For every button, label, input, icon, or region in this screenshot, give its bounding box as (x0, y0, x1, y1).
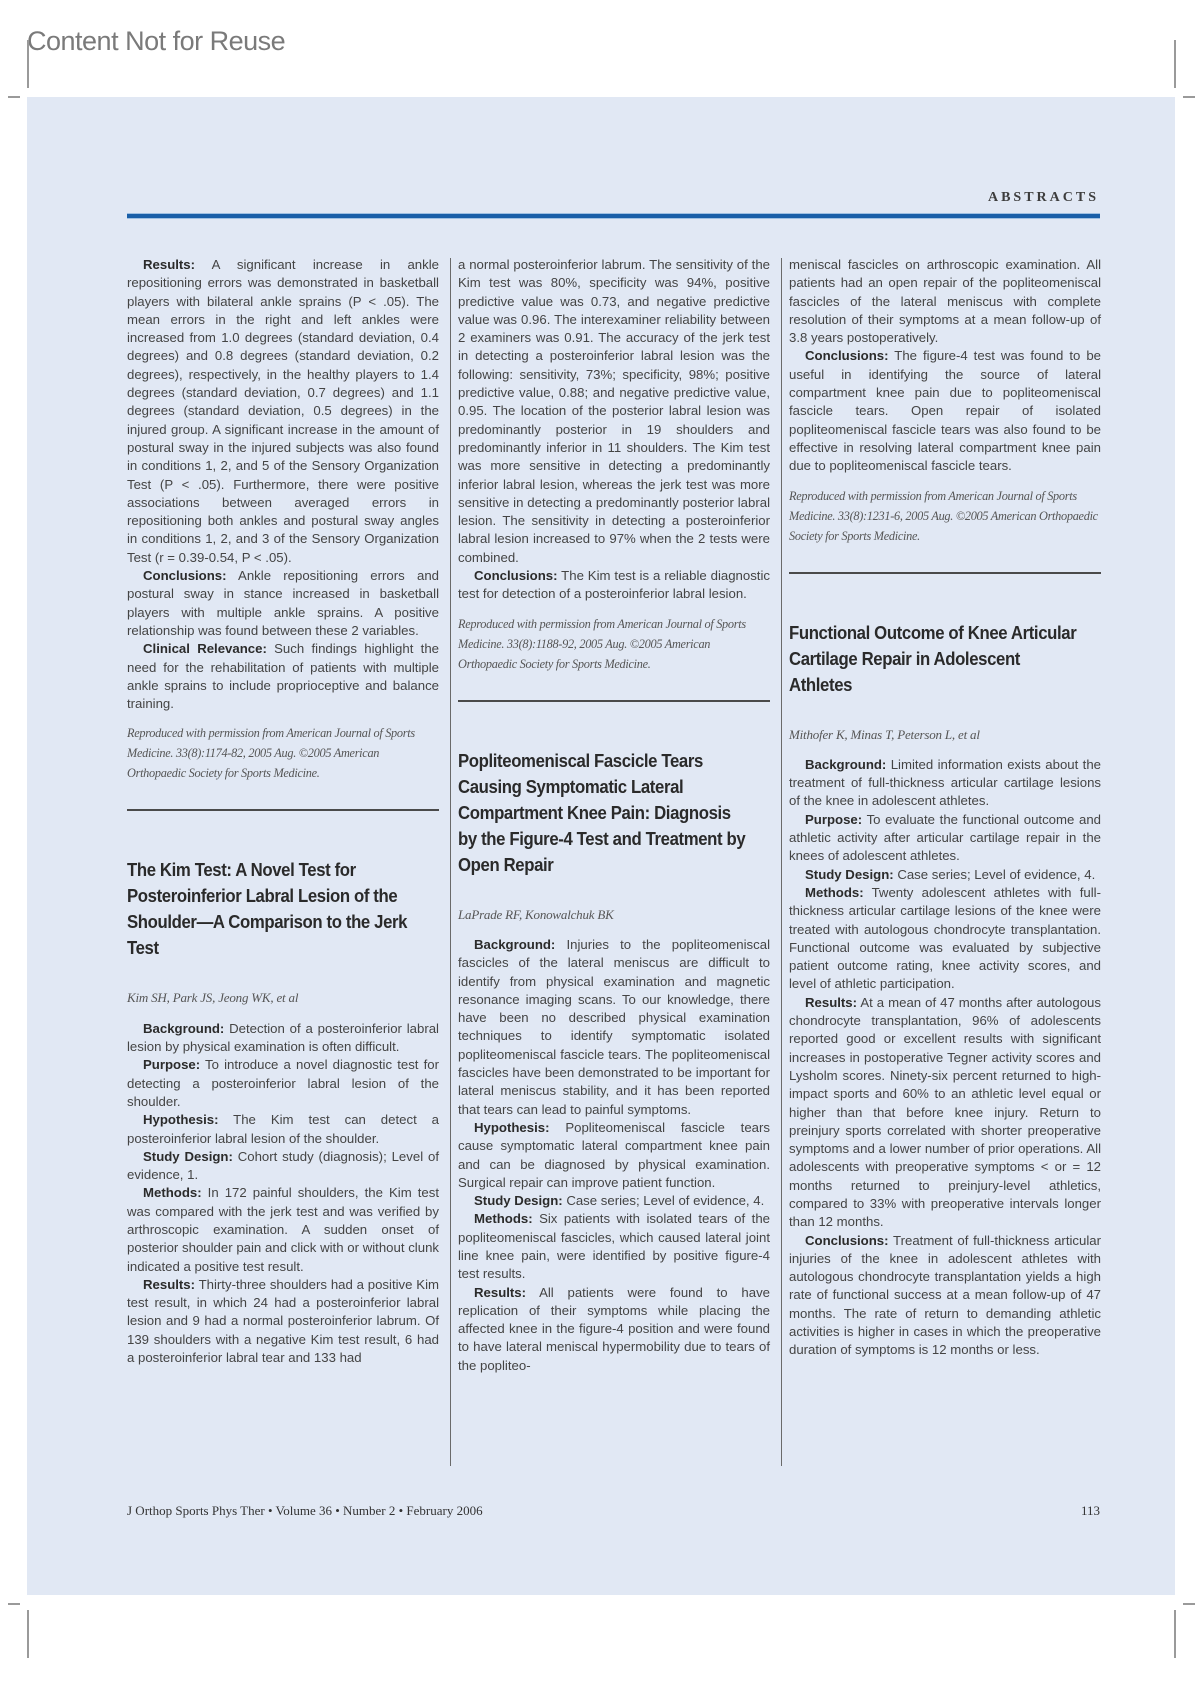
abstract-paragraph: Conclusions: The Kim test is a reliable … (458, 567, 770, 604)
abstract-paragraph: Study Design: Case series; Level of evid… (789, 866, 1101, 884)
abstract-paragraph: Study Design: Case series; Level of evid… (458, 1192, 770, 1210)
column-divider-2 (781, 258, 782, 1466)
abstract-paragraph: Methods: Six patients with isolated tear… (458, 1210, 770, 1283)
crop-mark-top-left-h (8, 96, 20, 98)
abstract-paragraph: Hypothesis: The Kim test can detect a po… (127, 1111, 439, 1148)
reproduction-notice: Reproduced with permission from American… (789, 486, 1101, 546)
abstract-paragraph: Results: Thirty-three shoulders had a po… (127, 1276, 439, 1367)
abstract-paragraph: Background: Injuries to the popliteomeni… (458, 936, 770, 1119)
abstract-paragraph: Purpose: To introduce a novel diagnostic… (127, 1056, 439, 1111)
reproduction-notice: Reproduced with permission from American… (127, 723, 439, 783)
abstract-paragraph: Background: Detection of a posteroinferi… (127, 1020, 439, 1057)
abstract-paragraph: Study Design: Cohort study (diagnosis); … (127, 1148, 439, 1185)
column-divider-1 (450, 258, 451, 1466)
abstract-paragraph: Conclusions: Treatment of full-thickness… (789, 1232, 1101, 1360)
crop-mark-bottom-right-h (1183, 1603, 1195, 1605)
abstract-paragraph: Conclusions: The figure-4 test was found… (789, 347, 1101, 475)
section-header: ABSTRACTS (988, 190, 1099, 206)
abstract-paragraph-continued: meniscal fascicles on arthroscopic exami… (789, 256, 1101, 347)
abstract-paragraph: Methods: In 172 painful shoulders, the K… (127, 1184, 439, 1275)
watermark: Content Not for Reuse (27, 26, 285, 57)
journal-citation: J Orthop Sports Phys Ther • Volume 36 • … (127, 1503, 483, 1519)
abstract-paragraph: Background: Limited information exists a… (789, 756, 1101, 811)
reproduction-notice: Reproduced with permission from American… (458, 614, 770, 674)
article-authors: LaPrade RF, Konowalchuk BK (458, 906, 770, 924)
abstract-paragraph: Purpose: To evaluate the functional outc… (789, 811, 1101, 866)
abstract-paragraph: Results: A significant increase in ankle… (127, 256, 439, 567)
article-title: Functional Outcome of Knee Articular Car… (789, 620, 1079, 698)
article-title: The Kim Test: A Novel Test for Posteroin… (127, 857, 417, 961)
abstract-paragraph: Hypothesis: Popliteomeniscal fascicle te… (458, 1119, 770, 1192)
abstract-paragraph: Methods: Twenty adolescent athletes with… (789, 884, 1101, 994)
crop-mark-bottom-left-h (8, 1603, 20, 1605)
article-authors: Mithofer K, Minas T, Peterson L, et al (789, 726, 1101, 744)
crop-mark-top-right-v (1174, 40, 1176, 88)
column-1: Results: A significant increase in ankle… (127, 256, 439, 1367)
crop-mark-bottom-right-v (1174, 1610, 1176, 1658)
crop-mark-top-right-h (1183, 96, 1195, 98)
abstract-paragraph: Results: All patients were found to have… (458, 1284, 770, 1375)
abstract-paragraph: Clinical Relevance: Such findings highli… (127, 640, 439, 713)
abstract-paragraph: Results: At a mean of 47 months after au… (789, 994, 1101, 1232)
article-separator (789, 572, 1101, 574)
column-2: a normal posteroinferior labrum. The sen… (458, 256, 770, 1375)
article-separator (127, 809, 439, 811)
header-rule (127, 213, 1100, 219)
abstract-paragraph: Conclusions: Ankle repositioning errors … (127, 567, 439, 640)
crop-mark-top-left-v (27, 40, 29, 88)
article-title: Popliteomeniscal Fascicle Tears Causing … (458, 748, 748, 878)
article-separator (458, 700, 770, 702)
page-number: 113 (1081, 1503, 1100, 1519)
crop-mark-bottom-left-v (27, 1610, 29, 1658)
article-authors: Kim SH, Park JS, Jeong WK, et al (127, 989, 439, 1007)
abstract-paragraph-continued: a normal posteroinferior labrum. The sen… (458, 256, 770, 567)
column-3: meniscal fascicles on arthroscopic exami… (789, 256, 1101, 1360)
